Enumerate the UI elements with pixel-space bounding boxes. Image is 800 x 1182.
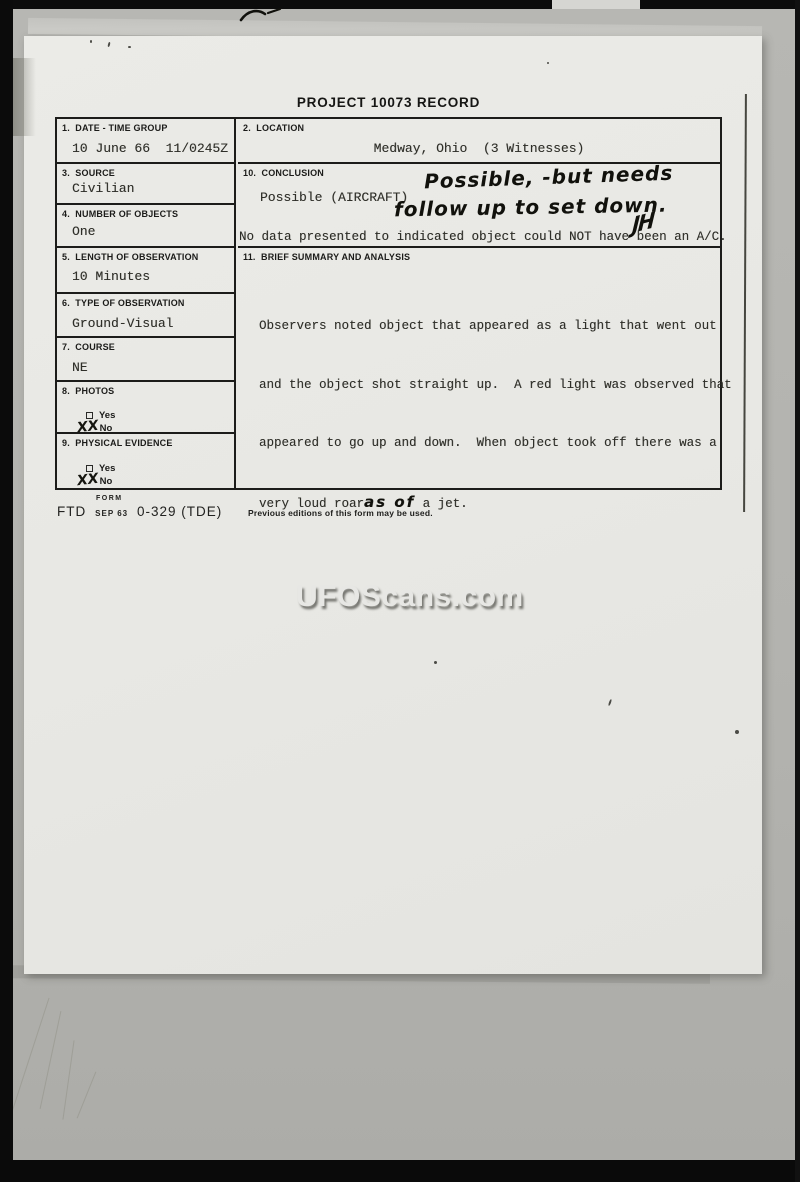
- field-label: 7. COURSE: [62, 342, 115, 352]
- scan-border-right: [795, 0, 800, 1182]
- scan-scratch: [11, 998, 49, 1112]
- field-value: Civilian: [72, 181, 134, 196]
- scan-scratch: [77, 1072, 97, 1119]
- field-source: 3. SOURCE Civilian: [57, 164, 234, 205]
- scan-speck: [735, 730, 739, 734]
- field-label: 8. PHOTOS: [62, 386, 114, 396]
- scan-border-top: [0, 0, 800, 9]
- record-form: 1. DATE - TIME GROUP 10 June 66 11/0245Z…: [55, 117, 722, 490]
- summary-line: Observers noted object that appeared as …: [259, 317, 724, 337]
- scan-border-bottom: [0, 1160, 800, 1182]
- physical-evidence-no-option: XXNo: [77, 471, 112, 489]
- conclusion-typed-note: No data presented to indicated object co…: [239, 230, 727, 244]
- footer-form-id: FTD SEP 63 0-329 (TDE): [57, 503, 222, 521]
- scan-border-left: [0, 0, 13, 1182]
- field-label: 3. SOURCE: [62, 168, 115, 178]
- field-date-time-group: 1. DATE - TIME GROUP 10 June 66 11/0245Z: [57, 119, 234, 164]
- scan-scratch: [62, 1040, 74, 1119]
- field-location: 2. LOCATION Medway, Ohio (3 Witnesses): [238, 119, 720, 164]
- field-photos: 8. PHOTOS Yes XXNo: [57, 382, 234, 434]
- scanned-document-page: PROJECT 10073 RECORD 1. DATE - TIME GROU…: [0, 0, 800, 1182]
- field-number-of-objects: 4. NUMBER OF OBJECTS One: [57, 205, 234, 248]
- field-label: 10. CONCLUSION: [243, 168, 324, 178]
- field-label: 11. BRIEF SUMMARY AND ANALYSIS: [243, 252, 410, 262]
- handwritten-x-mark: XX: [76, 471, 99, 490]
- option-label: No: [100, 476, 113, 487]
- form-title: PROJECT 10073 RECORD: [55, 95, 722, 110]
- field-brief-summary: 11. BRIEF SUMMARY AND ANALYSIS Observers…: [238, 248, 720, 488]
- footer-number: 0-329 (TDE): [137, 504, 222, 519]
- field-label: 1. DATE - TIME GROUP: [62, 123, 168, 133]
- footer-note: Previous editions of this form may be us…: [248, 508, 433, 518]
- handwritten-annotation: Possible, -but needs: [424, 161, 674, 194]
- field-conclusion: 10. CONCLUSION Possible (AIRCRAFT) Possi…: [238, 164, 720, 248]
- field-label: 6. TYPE OF OBSERVATION: [62, 298, 185, 308]
- field-value: One: [72, 224, 95, 239]
- footer-form-word: FORM: [96, 495, 123, 502]
- scan-speck: [434, 661, 437, 664]
- field-physical-evidence: 9. PHYSICAL EVIDENCE Yes XXNo: [57, 434, 234, 488]
- footer-agency: FTD: [57, 504, 86, 519]
- scan-speck: [547, 62, 549, 64]
- summary-line: and the object shot straight up. A red l…: [259, 376, 724, 396]
- handwritten-annotation: follow up to set down.: [394, 193, 668, 222]
- scan-speck: [128, 46, 131, 48]
- field-label: 5. LENGTH OF OBSERVATION: [62, 252, 199, 262]
- field-length-of-observation: 5. LENGTH OF OBSERVATION 10 Minutes: [57, 248, 234, 294]
- form-left-column: 1. DATE - TIME GROUP 10 June 66 11/0245Z…: [57, 119, 236, 488]
- scan-border-notch: [552, 0, 640, 9]
- option-label: No: [100, 423, 113, 434]
- field-value: 10 Minutes: [72, 269, 150, 284]
- field-label: 9. PHYSICAL EVIDENCE: [62, 438, 173, 448]
- scan-shadow-artifact: [10, 58, 36, 136]
- field-label: 4. NUMBER OF OBJECTS: [62, 209, 178, 219]
- field-value: Medway, Ohio (3 Witnesses): [238, 141, 720, 156]
- field-value: Ground-Visual: [72, 316, 173, 331]
- field-value: NE: [72, 360, 88, 375]
- scan-scratch: [40, 1011, 62, 1109]
- form-right-column: 2. LOCATION Medway, Ohio (3 Witnesses) 1…: [238, 119, 720, 488]
- pen-squiggle-mark: [238, 5, 290, 25]
- field-value: 10 June 66 11/0245Z: [72, 141, 228, 156]
- field-label: 2. LOCATION: [243, 123, 304, 133]
- watermark: UFOScans.com: [296, 580, 524, 614]
- conclusion-typed-value: Possible (AIRCRAFT): [260, 190, 408, 205]
- field-type-of-observation: 6. TYPE OF OBSERVATION Ground-Visual: [57, 294, 234, 338]
- field-course: 7. COURSE NE: [57, 338, 234, 382]
- document-paper: PROJECT 10073 RECORD 1. DATE - TIME GROU…: [24, 36, 762, 974]
- summary-line: appeared to go up and down. When object …: [259, 434, 724, 454]
- scan-speck: [90, 40, 92, 43]
- footer-date: SEP 63: [95, 509, 128, 518]
